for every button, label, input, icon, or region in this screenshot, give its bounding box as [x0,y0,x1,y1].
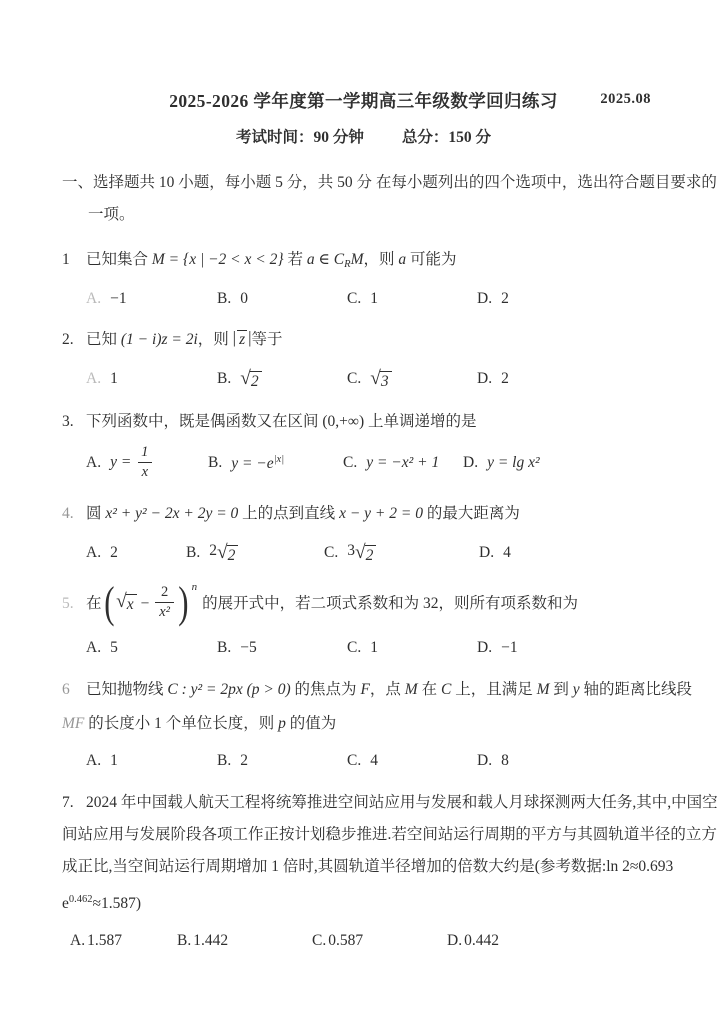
sqrt-expression: √x [116,594,137,613]
question-6: 6已知抛物线 C : y² = 2px (p > 0) 的焦点为 F，点 M 在… [62,673,665,770]
abs-bar: | [233,328,236,347]
option-d: D.y = lg x² [463,454,540,472]
option-b: B.y = −e|x| [208,454,343,473]
question-2: 2.已知 (1 − i)z = 2i，则 |z|等于 A.1 B.√2 C.√3… [62,325,665,390]
curve-C: C [441,681,451,698]
question-number: 4. [62,500,76,527]
stem-text: ，则 [363,251,394,268]
question-4-options: A.2 B.2√2 C.3√2 D.4 [86,542,665,564]
option-d: D.8 [477,752,509,770]
option-a: A.2 [86,544,186,562]
question-1-options: A.−1 B.0 C.1 D.2 [86,290,665,308]
option-value: 1 [110,370,118,388]
option-label: C. [343,454,357,472]
option-b: B.1.442 [177,932,312,950]
question-3: 3.下列函数中，既是偶函数又在区间 (0,+∞) 上单调递增的是 A.y = 1… [62,408,665,481]
stem-text: 在 [86,596,102,612]
option-c: C.1 [347,290,477,308]
option-label: D. [447,932,462,950]
stem-text: ，点 [370,681,401,698]
option-value: 1.587 [87,932,122,950]
question-1: 1已知集合 M = {x | −2 < x < 2} 若 a ∈ CRM，则 a… [62,246,665,308]
option-label: B. [186,544,200,562]
question-7-stem-line1: 7.2024 年中国载人航天工程将统筹推进空间站应用与发展和载人月球探测两大任务… [62,787,665,819]
header: 2025-2026 学年度第一学期高三年级数学回归练习 2025.08 [62,88,665,114]
option-a: A.1 [86,370,217,388]
question-3-stem: 3.下列函数中，既是偶函数又在区间 (0,+∞) 上单调递增的是 [62,408,665,435]
instructions-line2: 一项。 [62,199,665,231]
section-instructions: 一、选择题共 10 小题，每小题 5 分，共 50 分 在每小题列出的四个选项中… [62,167,665,231]
minus-sign: − [141,596,150,612]
question-number: 3. [62,408,76,435]
question-7: 7.2024 年中国载人航天工程将统筹推进空间站应用与发展和载人月球探测两大任务… [62,787,665,949]
option-c: C.3√2 [324,542,479,564]
question-number: 7. [62,787,76,819]
stem-text: 上，且满足 [455,681,533,698]
stem-text: 的值为 [290,715,337,732]
option-label: C. [324,544,338,562]
stem-text: 的最大距离为 [427,505,520,522]
option-label: A. [86,752,101,770]
focus-F: F [360,681,369,698]
stem-text: 轴的距离比线段 [584,681,693,698]
question-7-options: A.1.587 B.1.442 C.0.587 D.0.442 [70,932,665,950]
option-a: A.5 [86,639,217,657]
variable-a: a [398,251,406,268]
question-2-options: A.1 B.√2 C.√3 D.2 [86,368,665,390]
stem-text: 已知 [86,331,117,348]
option-a: A.1.587 [70,932,177,950]
question-number: 5. [62,596,76,612]
fraction-expression: y = 1x [110,445,154,481]
option-b: B.0 [217,290,347,308]
option-d: D.0.442 [447,932,499,950]
stem-text: 已知集合 [86,251,148,268]
option-b: B.2√2 [186,542,324,564]
option-value: y = −x² + 1 [366,454,439,472]
option-d: D.4 [479,544,511,562]
z-conjugate: z [237,330,247,348]
option-value: 4 [370,752,378,770]
option-label: C. [347,639,361,657]
exam-paper-page: 2025-2026 学年度第一学期高三年级数学回归练习 2025.08 考试时间… [0,0,717,1024]
option-value: 1.442 [193,932,228,950]
option-value: 5 [110,639,118,657]
exam-total-score: 总分：150 分 [402,125,491,147]
exp-expression: y = −e|x| [231,454,284,473]
option-label: D. [477,370,492,388]
option-value: 2 [501,370,509,388]
stem-text: 到 [553,681,569,698]
option-label: B. [177,932,191,950]
question-4: 4.圆 x² + y² − 2x + 2y = 0 上的点到直线 x − y +… [62,500,665,564]
abs-bar: | [248,328,251,347]
stem-text: 的焦点为 [295,681,357,698]
question-3-options: A.y = 1x B.y = −e|x| C.y = −x² + 1 D.y =… [86,445,665,481]
option-label: D. [477,290,492,308]
option-label: A. [86,454,101,472]
stem-text: 下列函数中，既是偶函数又在区间 (0,+∞) 上单调递增的是 [86,413,477,430]
stem-text: 上的点到直线 [242,505,335,522]
option-d: D.−1 [477,639,518,657]
stem-text: 可能为 [410,251,457,268]
option-value: −1 [501,639,518,657]
question-6-stem-line2: MF 的长度小 1 个单位长度，则 p 的值为 [62,707,665,741]
option-label: B. [217,639,231,657]
stem-text: 若 [284,251,303,268]
option-label: C. [347,290,361,308]
stem-text: 成正比,当空间站运行周期增加 1 倍时,其圆轨道半径增加的倍数大约是(参考数据:… [62,858,673,875]
sqrt-expression: √2 [240,368,261,390]
stem-text: 在 [422,681,438,698]
question-number: 6 [62,673,76,707]
question-1-stem: 1已知集合 M = {x | −2 < x < 2} 若 a ∈ CRM，则 a… [62,246,665,278]
option-d: D.2 [477,370,509,388]
option-value: 1 [370,639,378,657]
option-label: D. [477,752,492,770]
y-axis: y [573,681,580,698]
stem-text: 间站应用与发展阶段各项工作正按计划稳步推进.若空间站运行周期的平方与其圆轨道半径… [62,826,717,843]
option-label: A. [86,290,101,308]
stem-text: ，则 [198,331,229,348]
option-value: 0 [240,290,248,308]
e-power-expression: e0.462≈1.587) [62,895,141,912]
stem-text: 的长度小 1 个单位长度，则 [88,715,274,732]
option-label: C. [312,932,326,950]
option-label: D. [463,454,478,472]
option-label: B. [208,454,222,472]
option-value: 0.442 [464,932,499,950]
option-label: A. [70,932,85,950]
stem-text: 已知抛物线 [86,681,164,698]
stem-text: 2024 年中国载人航天工程将统筹推进空间站应用与发展和载人月球探测两大任务,其… [86,794,717,811]
option-c: C.y = −x² + 1 [343,454,463,472]
question-5: 5. 在 (√x − 2x²)n 的展开式中，若二项式系数和为 32，则所有项系… [62,578,665,657]
stem-text: 的展开式中，若二项式系数和为 32，则所有项系数和为 [202,590,578,617]
option-value: 2 [501,290,509,308]
sqrt-expression: √3 [370,368,391,390]
option-c: C.1 [347,639,477,657]
stem-text: 圆 [86,505,102,522]
exponent-n: n [192,582,198,593]
option-label: C. [347,370,361,388]
option-value: 8 [501,752,509,770]
option-c: C.√3 [347,368,477,390]
option-label: C. [347,752,361,770]
option-value: 2 [240,752,248,770]
variable-p: p [278,715,286,732]
question-2-stem: 2.已知 (1 − i)z = 2i，则 |z|等于 [62,325,665,353]
option-value: 1 [110,752,118,770]
exam-info: 考试时间：90 分钟 总分：150 分 [62,125,665,147]
option-label: A. [86,544,101,562]
option-b: B.2 [217,752,347,770]
exam-date: 2025.08 [600,91,651,108]
question-number: 2. [62,326,76,353]
option-value: y = lg x² [487,454,540,472]
instructions-line1: 一、选择题共 10 小题，每小题 5 分，共 50 分 在每小题列出的四个选项中… [62,167,665,199]
element-formula: a ∈ CRM [307,251,364,268]
option-label: D. [479,544,494,562]
point-M: M [537,681,550,698]
parabola-equation: C : y² = 2px (p > 0) [167,681,290,698]
complex-equation: (1 − i)z = 2i [121,331,198,348]
option-c: C.4 [347,752,477,770]
stem-text: 等于 [252,331,283,348]
option-b: B.−5 [217,639,347,657]
point-M: M [405,681,418,698]
option-label: B. [217,752,231,770]
option-value: −1 [110,290,127,308]
page-title: 2025-2026 学年度第一学期高三年级数学回归练习 [169,88,558,113]
exam-duration: 考试时间：90 分钟 [236,125,364,147]
option-d: D.2 [477,290,509,308]
option-label: B. [217,370,231,388]
sqrt-expression: 3√2 [347,542,376,564]
option-label: A. [86,370,101,388]
option-a: A.−1 [86,290,217,308]
option-a: A.y = 1x [86,445,208,481]
question-6-stem-line1: 6已知抛物线 C : y² = 2px (p > 0) 的焦点为 F，点 M 在… [62,673,665,707]
option-label: A. [86,639,101,657]
fraction-expression: 2x² [155,585,174,621]
question-4-stem: 4.圆 x² + y² − 2x + 2y = 0 上的点到直线 x − y +… [62,500,665,527]
option-b: B.√2 [217,368,347,390]
option-a: A.1 [86,752,217,770]
segment-MF: MF [62,715,84,732]
question-6-options: A.1 B.2 C.4 D.8 [86,752,665,770]
option-value: 0.587 [328,932,363,950]
option-value: 1 [370,290,378,308]
sqrt-expression: 2√2 [209,542,238,564]
option-c: C.0.587 [312,932,447,950]
option-value: 4 [503,544,511,562]
option-label: D. [477,639,492,657]
option-value: −5 [240,639,257,657]
option-value: 2 [110,544,118,562]
question-5-stem: 5. 在 (√x − 2x²)n 的展开式中，若二项式系数和为 32，则所有项系… [62,578,665,628]
question-7-stem-line3: 成正比,当空间站运行周期增加 1 倍时,其圆轨道半径增加的倍数大约是(参考数据:… [62,851,665,883]
option-label: B. [217,290,231,308]
set-formula: M = {x | −2 < x < 2} [152,251,284,268]
circle-equation: x² + y² − 2x + 2y = 0 [105,505,238,522]
line-equation: x − y + 2 = 0 [339,505,423,522]
question-number: 1 [62,246,76,273]
question-5-options: A.5 B.−5 C.1 D.−1 [86,639,665,657]
question-7-stem-line4: e0.462≈1.587) [62,883,665,919]
question-7-stem-line2: 间站应用与发展阶段各项工作正按计划稳步推进.若空间站运行周期的平方与其圆轨道半径… [62,819,665,851]
